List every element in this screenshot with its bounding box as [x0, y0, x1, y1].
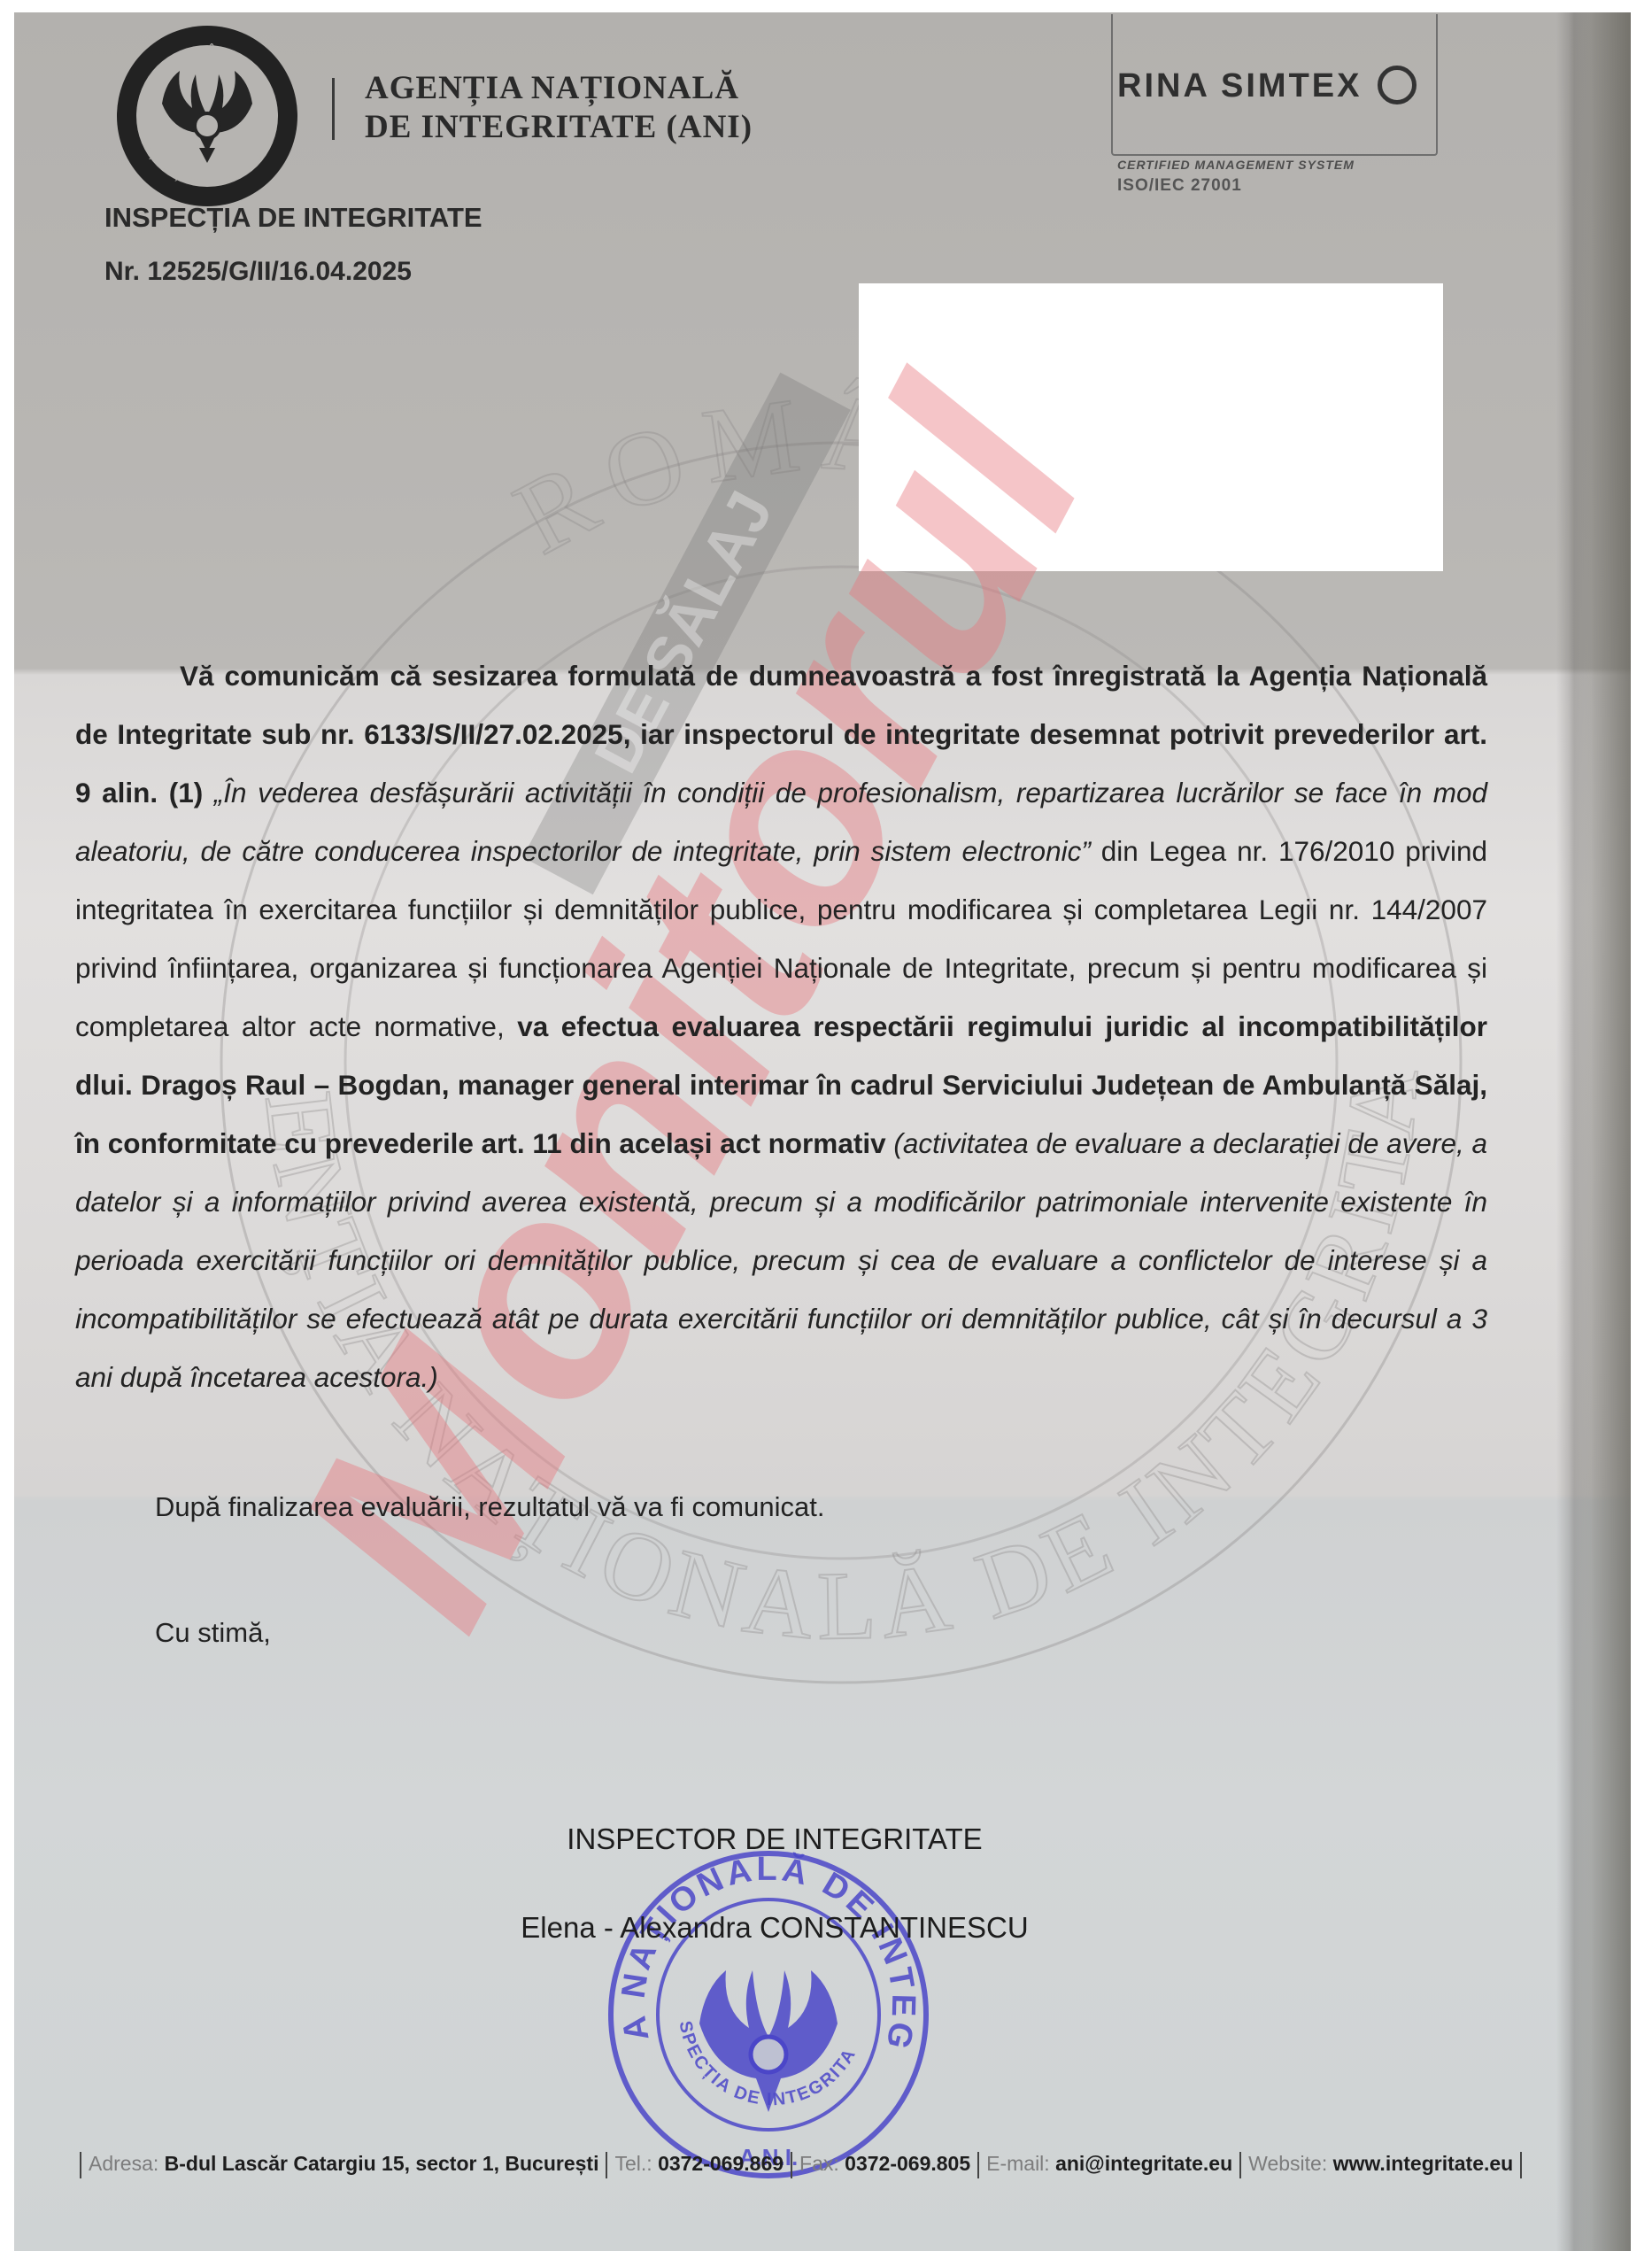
agency-title-line1: AGENȚIA NAȚIONALĂ [365, 69, 753, 108]
official-stamp: AGENȚIA NAȚIONALĂ DE INTEGRITATE INSPECȚ… [600, 1846, 937, 2183]
address-label: Adresa: [89, 2152, 158, 2175]
email-label: E-mail: [986, 2152, 1050, 2175]
certification-brand: RINA SIMTEX [1117, 67, 1363, 105]
signatory-name: Elena - Alexandra CONSTANTINESCU [0, 1911, 1549, 1945]
email-link[interactable]: ani@integritate.eu [1055, 2152, 1232, 2175]
certification-label: CERTIFIED MANAGEMENT SYSTEM [1117, 158, 1355, 172]
redacted-recipient-block [859, 283, 1443, 571]
website-label: Website: [1248, 2152, 1327, 2175]
footer-separator [1239, 2152, 1241, 2178]
footer-separator [791, 2152, 792, 2178]
closing-sentence: După finalizarea evaluării, rezultatul v… [155, 1491, 824, 1523]
website-link[interactable]: www.integritate.eu [1333, 2152, 1514, 2175]
fax-label: Fax: [799, 2152, 839, 2175]
footer-separator [80, 2152, 81, 2178]
department-name: INSPECȚIA DE INTEGRITATE [104, 202, 482, 234]
ani-logo: ROMÂNIA AGENȚIA NAȚIONALĂ DE INTEGRITATE [111, 19, 304, 213]
body-legal-note: (activitatea de evaluare a declarației d… [75, 1127, 1487, 1393]
paper-fold-shadow [1556, 12, 1592, 2251]
fax-value: 0372-069.805 [845, 2152, 970, 2175]
letter-body: Vă comunicăm că sesizarea formulată de d… [75, 646, 1487, 1406]
footer-separator [1520, 2152, 1522, 2178]
tel-value[interactable]: 0372-069.869 [658, 2152, 784, 2175]
signatory-title: INSPECTOR DE INTEGRITATE [0, 1822, 1549, 1856]
footer-separator [606, 2152, 607, 2178]
tel-label: Tel.: [614, 2152, 652, 2175]
registration-number: Nr. 12525/G/II/16.04.2025 [104, 257, 412, 287]
body-paragraph: Vă comunicăm că sesizarea formulată de d… [75, 646, 1487, 1406]
footer-separator [977, 2152, 979, 2178]
certification-seal-icon [1378, 66, 1417, 104]
address-value: B-dul Lascăr Catargiu 15, sector 1, Bucu… [165, 2152, 599, 2175]
header-divider [332, 78, 335, 140]
salutation: Cu stimă, [155, 1617, 271, 1649]
certification-standard: ISO/IEC 27001 [1117, 176, 1242, 196]
agency-title: AGENȚIA NAȚIONALĂ DE INTEGRITATE (ANI) [365, 69, 753, 147]
agency-title-line2: DE INTEGRITATE (ANI) [365, 108, 753, 147]
footer-contact: Adresa: B-dul Lascăr Catargiu 15, sector… [73, 2152, 1529, 2178]
